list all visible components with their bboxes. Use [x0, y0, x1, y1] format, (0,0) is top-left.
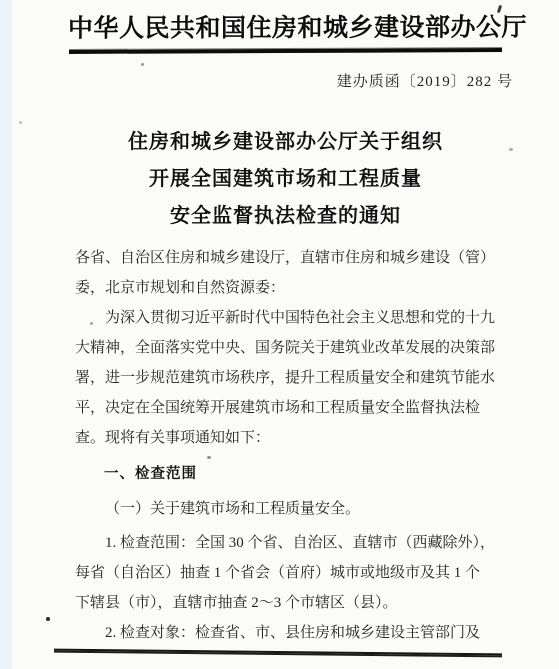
scan-artifact: [19, 121, 22, 124]
body-line: 平，决定在全国统筹开展建筑市场和工程质量安全监督执法检: [75, 393, 517, 423]
subsection-heading: （一）关于建筑市场和工程质量安全。: [75, 494, 517, 524]
letterhead-divider: [69, 47, 502, 54]
document-content: 中华人民共和国住房和城乡建设部办公厅 建办质函〔2019〕282 号 住房和城乡…: [12, 0, 559, 669]
list-item-line: 每省（自治区）抽查 1 个省会（首府）城市或地级市及其 1 个: [75, 558, 517, 588]
scan-artifact: [141, 63, 144, 66]
body-line: 大精神，全面落实党中央、国务院关于建筑业改革发展的决策部: [75, 333, 517, 363]
document-body: 各省、自治区住房和城乡建设厅，直辖市住房和城乡建设（管） 委，北京市规划和自然资…: [75, 243, 517, 648]
scan-artifact: [509, 148, 513, 151]
body-line: 署，进一步规范建筑市场秩序，提升工程质量安全和建筑节能水: [75, 363, 517, 393]
body-line: 为深入贯彻习近平新时代中国特色社会主义思想和党的十九: [75, 303, 517, 333]
list-item-line: 1. 检查范围：全国 30 个省、自治区、直辖市（西藏除外），: [75, 528, 517, 558]
recipient-line: 各省、自治区住房和城乡建设厅，直辖市住房和城乡建设（管）: [75, 243, 517, 273]
letterhead-org-name: 中华人民共和国住房和城乡建设部办公厅: [36, 7, 559, 44]
scan-artifact: [207, 456, 211, 459]
scanned-document-page: 中华人民共和国住房和城乡建设部办公厅 建办质函〔2019〕282 号 住房和城乡…: [0, 0, 559, 669]
scan-artifact: [90, 322, 93, 325]
document-title-line: 开展全国建筑市场和工程质量: [12, 161, 559, 198]
document-title-line: 住房和城乡建设部办公厅关于组织: [12, 124, 559, 161]
document-title-line: 安全监督执法检查的通知: [12, 198, 559, 235]
body-line: 查。现将有关事项通知如下：: [75, 423, 517, 453]
document-number: 建办质函〔2019〕282 号: [12, 70, 513, 91]
section-heading: 一、检查范围: [75, 459, 517, 489]
document-title: 住房和城乡建设部办公厅关于组织 开展全国建筑市场和工程质量 安全监督执法检查的通…: [12, 124, 559, 235]
recipient-line: 委，北京市规划和自然资源委：: [75, 273, 517, 303]
list-item-line: 2. 检查对象：检查省、市、县住房和城乡建设主管部门及: [75, 618, 517, 648]
list-item-line: 下辖县（市），直辖市抽查 2～3 个市辖区（县）。: [75, 588, 517, 618]
scan-page-edge: [0, 0, 12, 669]
scan-artifact: [46, 617, 50, 621]
